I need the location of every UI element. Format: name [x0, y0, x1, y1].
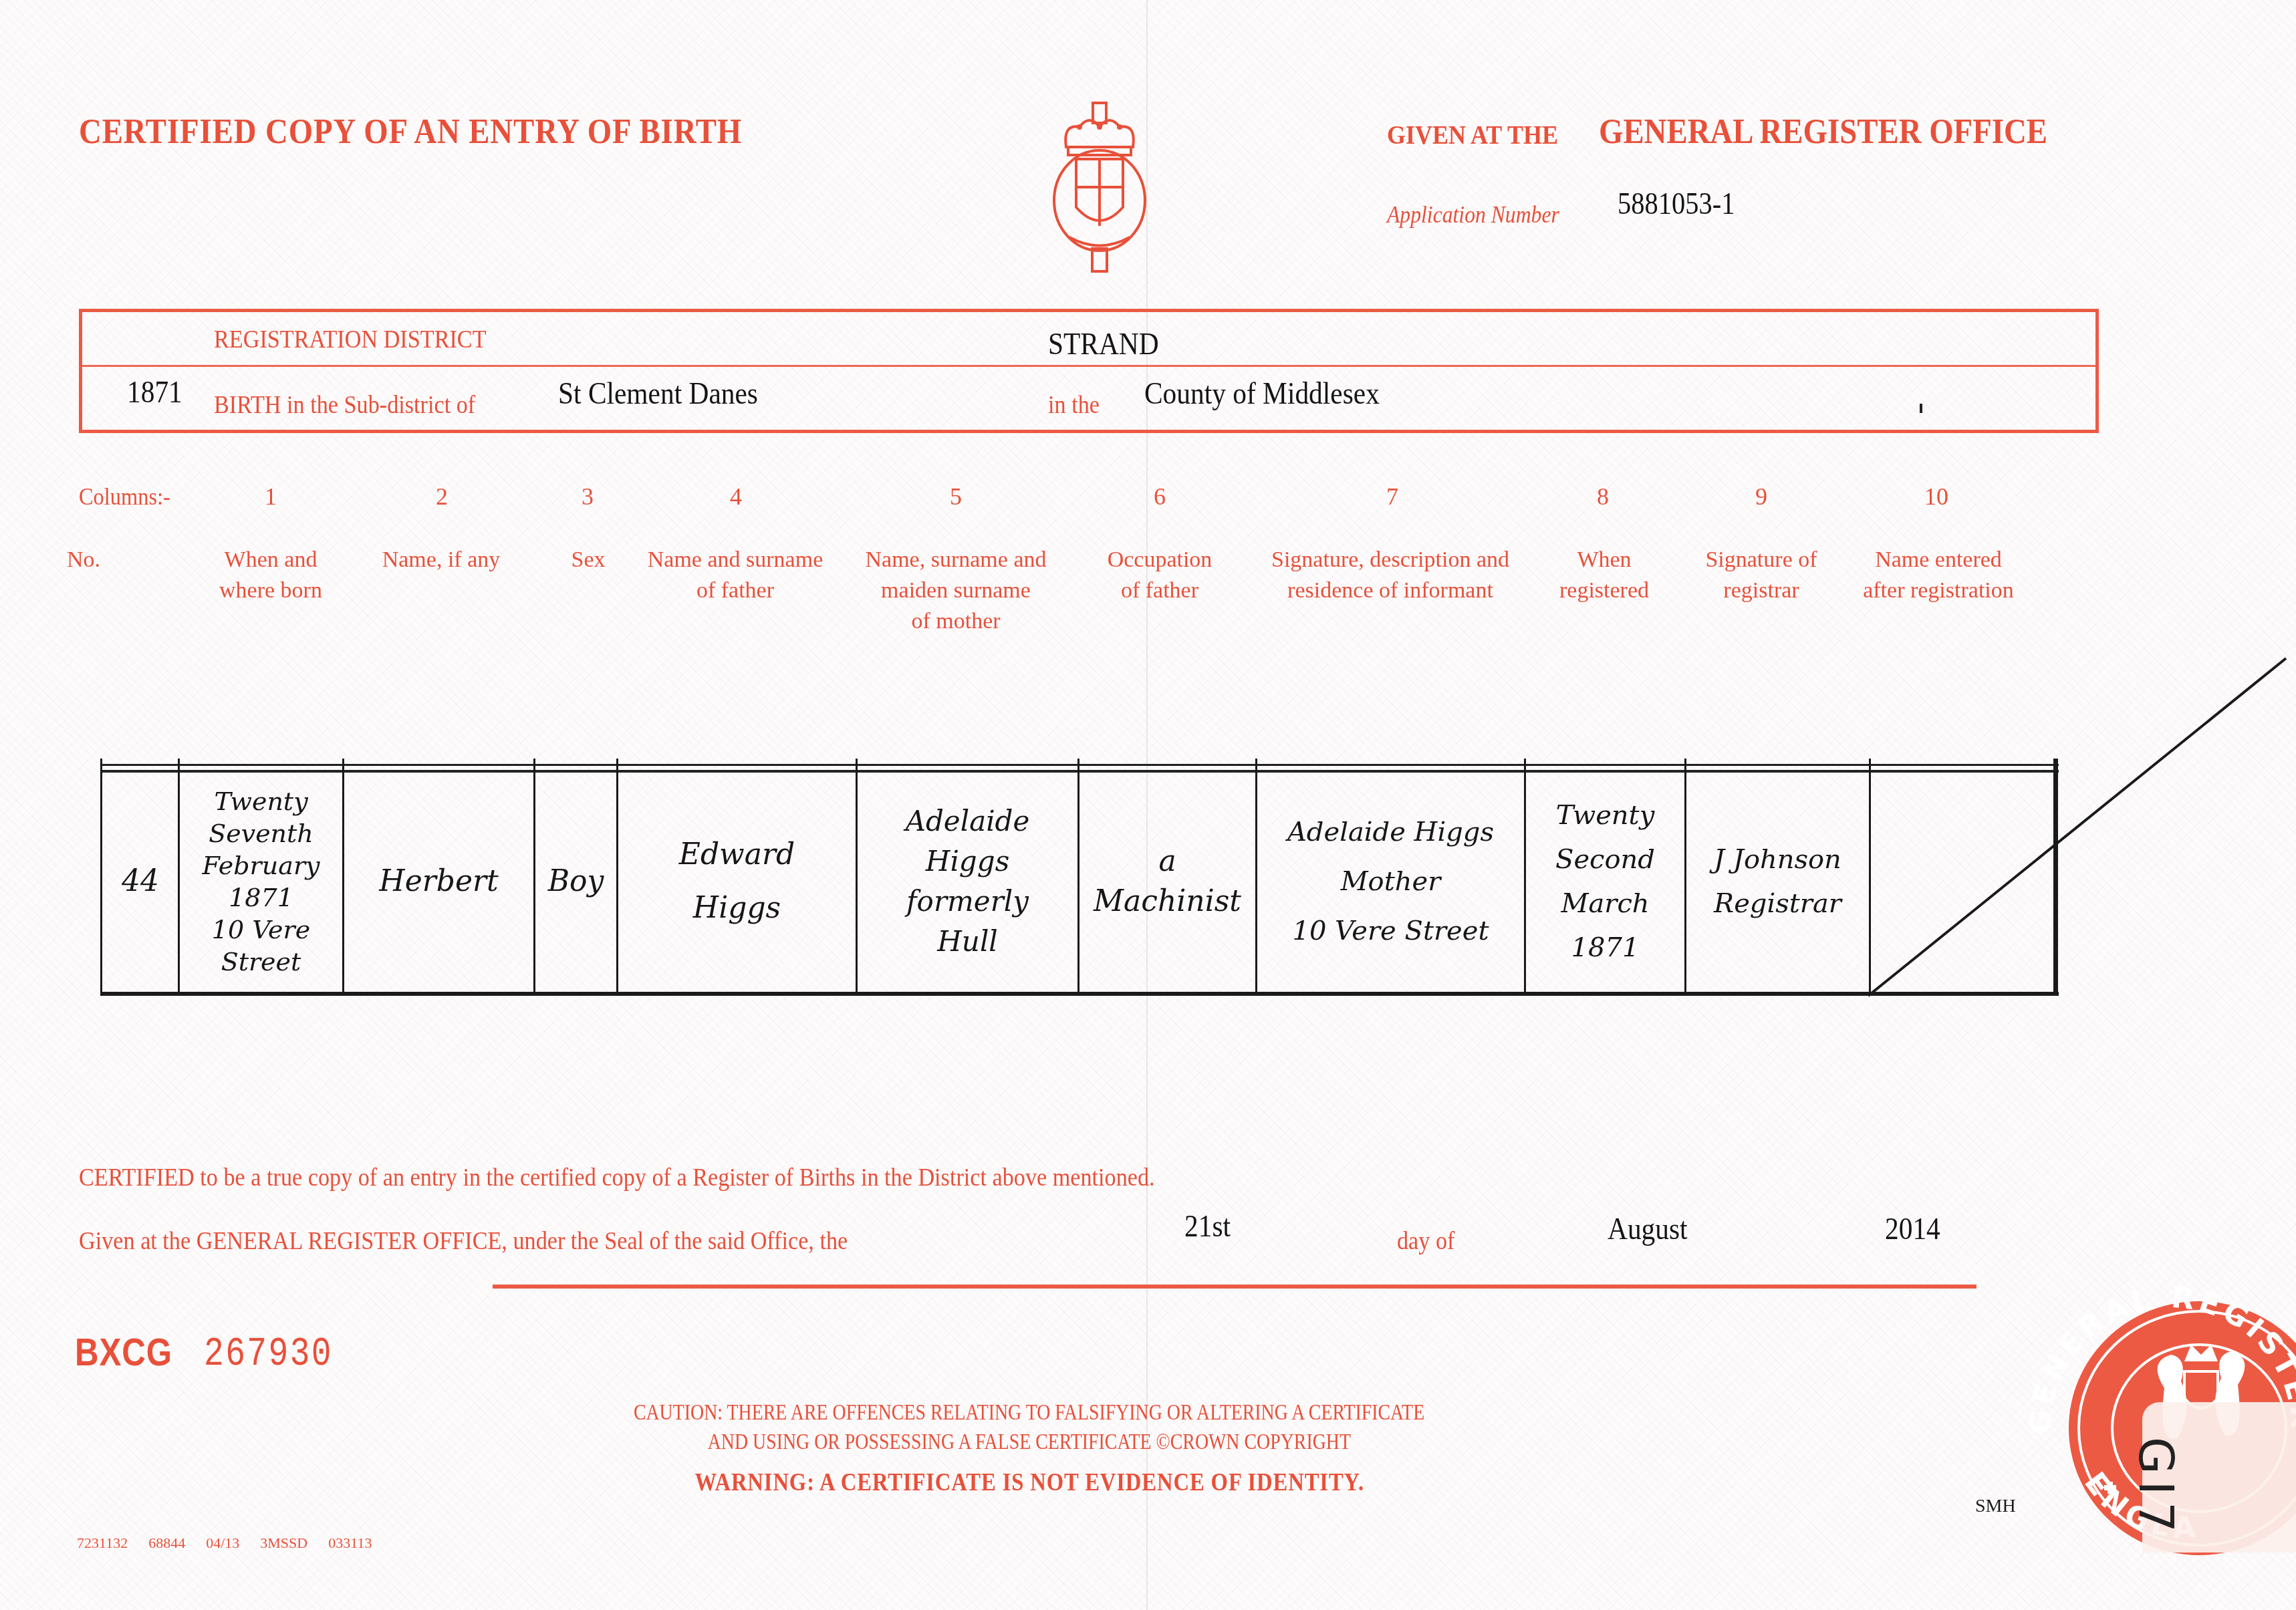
serial-number: 267930 — [204, 1330, 365, 1377]
caution-notice: CAUTION: THERE ARE OFFENCES RELATING TO … — [455, 1398, 1604, 1457]
caution-line-2: AND USING OR POSSESSING A FALSE CERTIFIC… — [455, 1428, 1604, 1457]
clerk-initials: SMH — [1975, 1496, 2016, 1517]
signature-rule — [493, 1285, 1976, 1289]
sticker-label-text: GI7 — [2128, 1437, 2184, 1539]
given-under-seal-statement: Given at the GENERAL REGISTER OFFICE, un… — [79, 1226, 933, 1256]
identity-warning: WARNING: A CERTIFICATE IS NOT EVIDENCE O… — [455, 1468, 1604, 1497]
certification-month: August — [1608, 1211, 1696, 1246]
certification-year: 2014 — [1885, 1211, 1946, 1246]
serial-prefix: BXCG — [75, 1330, 190, 1375]
caution-line-1: CAUTION: THERE ARE OFFENCES RELATING TO … — [455, 1398, 1604, 1428]
form-code: 7231132 68844 04/13 3MSSD 033113 — [77, 1534, 372, 1552]
certification-day: 21st — [1184, 1208, 1236, 1244]
certified-statement: CERTIFIED to be a true copy of an entry … — [79, 1163, 1275, 1192]
day-of-label: day of — [1397, 1226, 1461, 1256]
